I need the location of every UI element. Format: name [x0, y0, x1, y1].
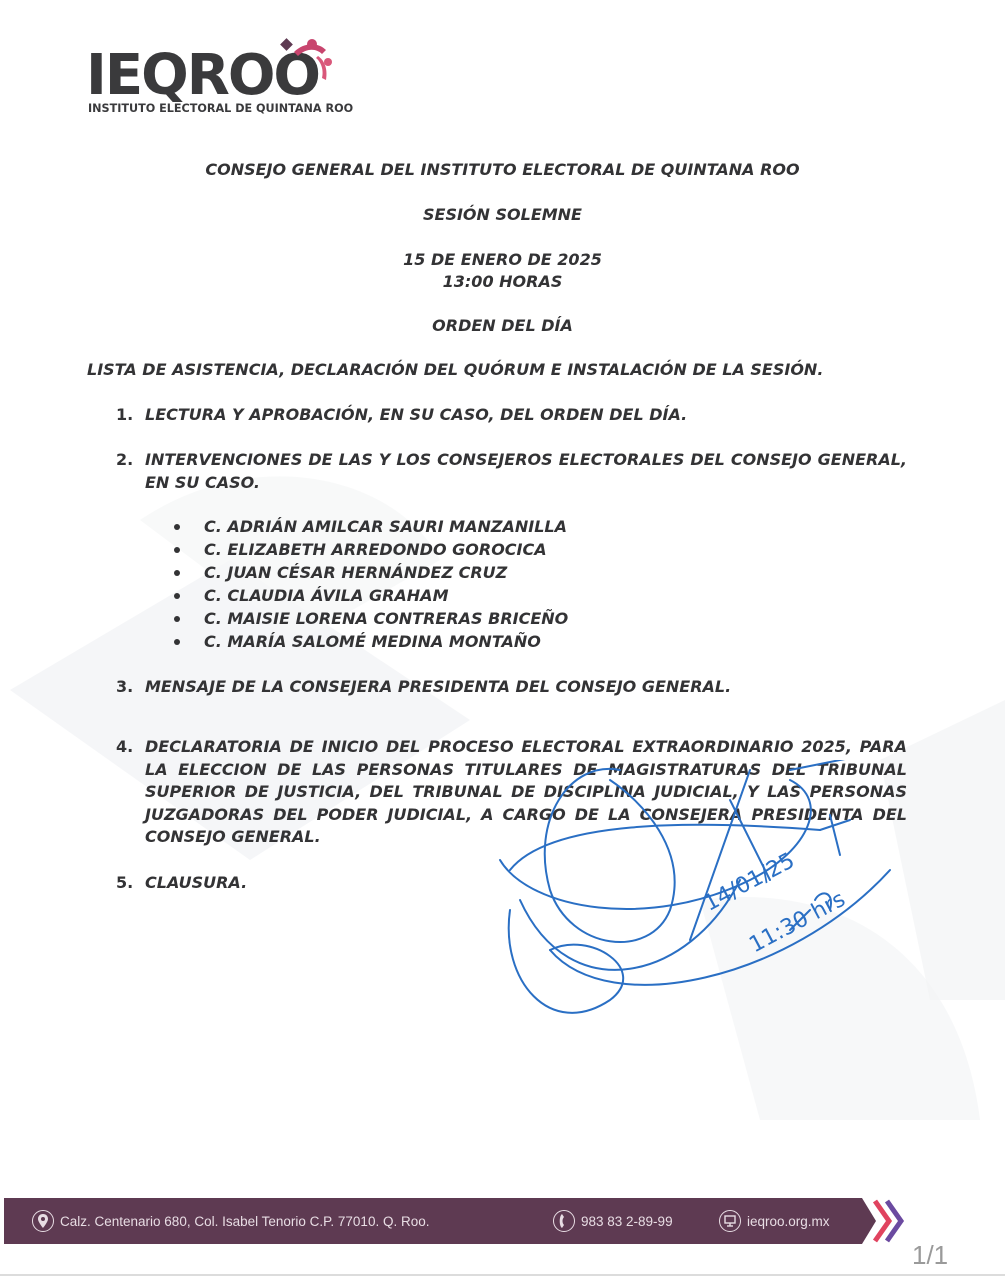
- agenda-item-number: 3.: [116, 677, 133, 696]
- document-page: IEQROO INSTITUTO ELECTORAL DE QUINTANA R…: [0, 0, 1005, 1280]
- session-date: 15 DE ENERO DE 2025: [0, 250, 1005, 269]
- list-item: C. ELIZABETH ARREDONDO GOROCICA: [172, 538, 568, 561]
- footer-phone: 983 83 2-89-99: [553, 1208, 673, 1234]
- agenda-item-number: 4.: [116, 737, 133, 756]
- session-type: SESIÓN SOLEMNE: [0, 205, 1005, 224]
- agenda-title: ORDEN DEL DÍA: [0, 316, 1005, 335]
- bullet-icon: [174, 616, 180, 622]
- signature-date: 14/01/25: [700, 848, 799, 916]
- signature-time: 11:30 hrs: [745, 887, 849, 958]
- bullet-icon: [174, 639, 180, 645]
- list-item: C. MARÍA SALOMÉ MEDINA MONTAÑO: [172, 630, 568, 653]
- monitor-icon: [719, 1210, 741, 1232]
- council-title: CONSEJO GENERAL DEL INSTITUTO ELECTORAL …: [0, 160, 1005, 179]
- footer-address: Calz. Centenario 680, Col. Isabel Tenori…: [32, 1208, 429, 1234]
- agenda-item-4: DECLARATORIA DE INICIO DEL PROCESO ELECT…: [145, 736, 907, 849]
- bullet-icon: [174, 593, 180, 599]
- page-indicator: 1/1: [912, 1240, 948, 1271]
- agenda-item-number: 1.: [116, 405, 133, 424]
- agenda-preamble: LISTA DE ASISTENCIA, DECLARACIÓN DEL QUÓ…: [87, 360, 823, 379]
- chevron-purple-icon: [884, 1198, 910, 1244]
- agenda-item-number: 2.: [116, 450, 133, 469]
- logo-figure-icon: [274, 38, 334, 98]
- list-item: C. JUAN CÉSAR HERNÁNDEZ CRUZ: [172, 561, 568, 584]
- agenda-item-number: 5.: [116, 873, 133, 892]
- phone-icon: [553, 1210, 575, 1232]
- bullet-icon: [174, 524, 180, 530]
- agenda-item-5: CLAUSURA.: [145, 873, 247, 892]
- footer-website[interactable]: ieqroo.org.mx: [719, 1208, 830, 1234]
- bullet-icon: [174, 570, 180, 576]
- logo-subtitle: INSTITUTO ELECTORAL DE QUINTANA ROO: [88, 102, 353, 115]
- councillor-list: C. ADRIÁN AMILCAR SAURI MANZANILLA C. EL…: [172, 515, 568, 653]
- agenda-item-2: INTERVENCIONES DE LAS Y LOS CONSEJEROS E…: [145, 449, 907, 494]
- list-item: C. ADRIÁN AMILCAR SAURI MANZANILLA: [172, 515, 568, 538]
- session-time: 13:00 HORAS: [0, 272, 1005, 291]
- list-item: C. MAISIE LORENA CONTRERAS BRICEÑO: [172, 607, 568, 630]
- list-item: C. CLAUDIA ÁVILA GRAHAM: [172, 584, 568, 607]
- ieqroo-logo: IEQROO INSTITUTO ELECTORAL DE QUINTANA R…: [86, 38, 336, 120]
- bottom-divider: [0, 1274, 1005, 1276]
- location-pin-icon: [32, 1210, 54, 1232]
- bullet-icon: [174, 547, 180, 553]
- agenda-item-3: MENSAJE DE LA CONSEJERA PRESIDENTA DEL C…: [145, 677, 731, 696]
- agenda-item-1: LECTURA Y APROBACIÓN, EN SU CASO, DEL OR…: [145, 405, 687, 424]
